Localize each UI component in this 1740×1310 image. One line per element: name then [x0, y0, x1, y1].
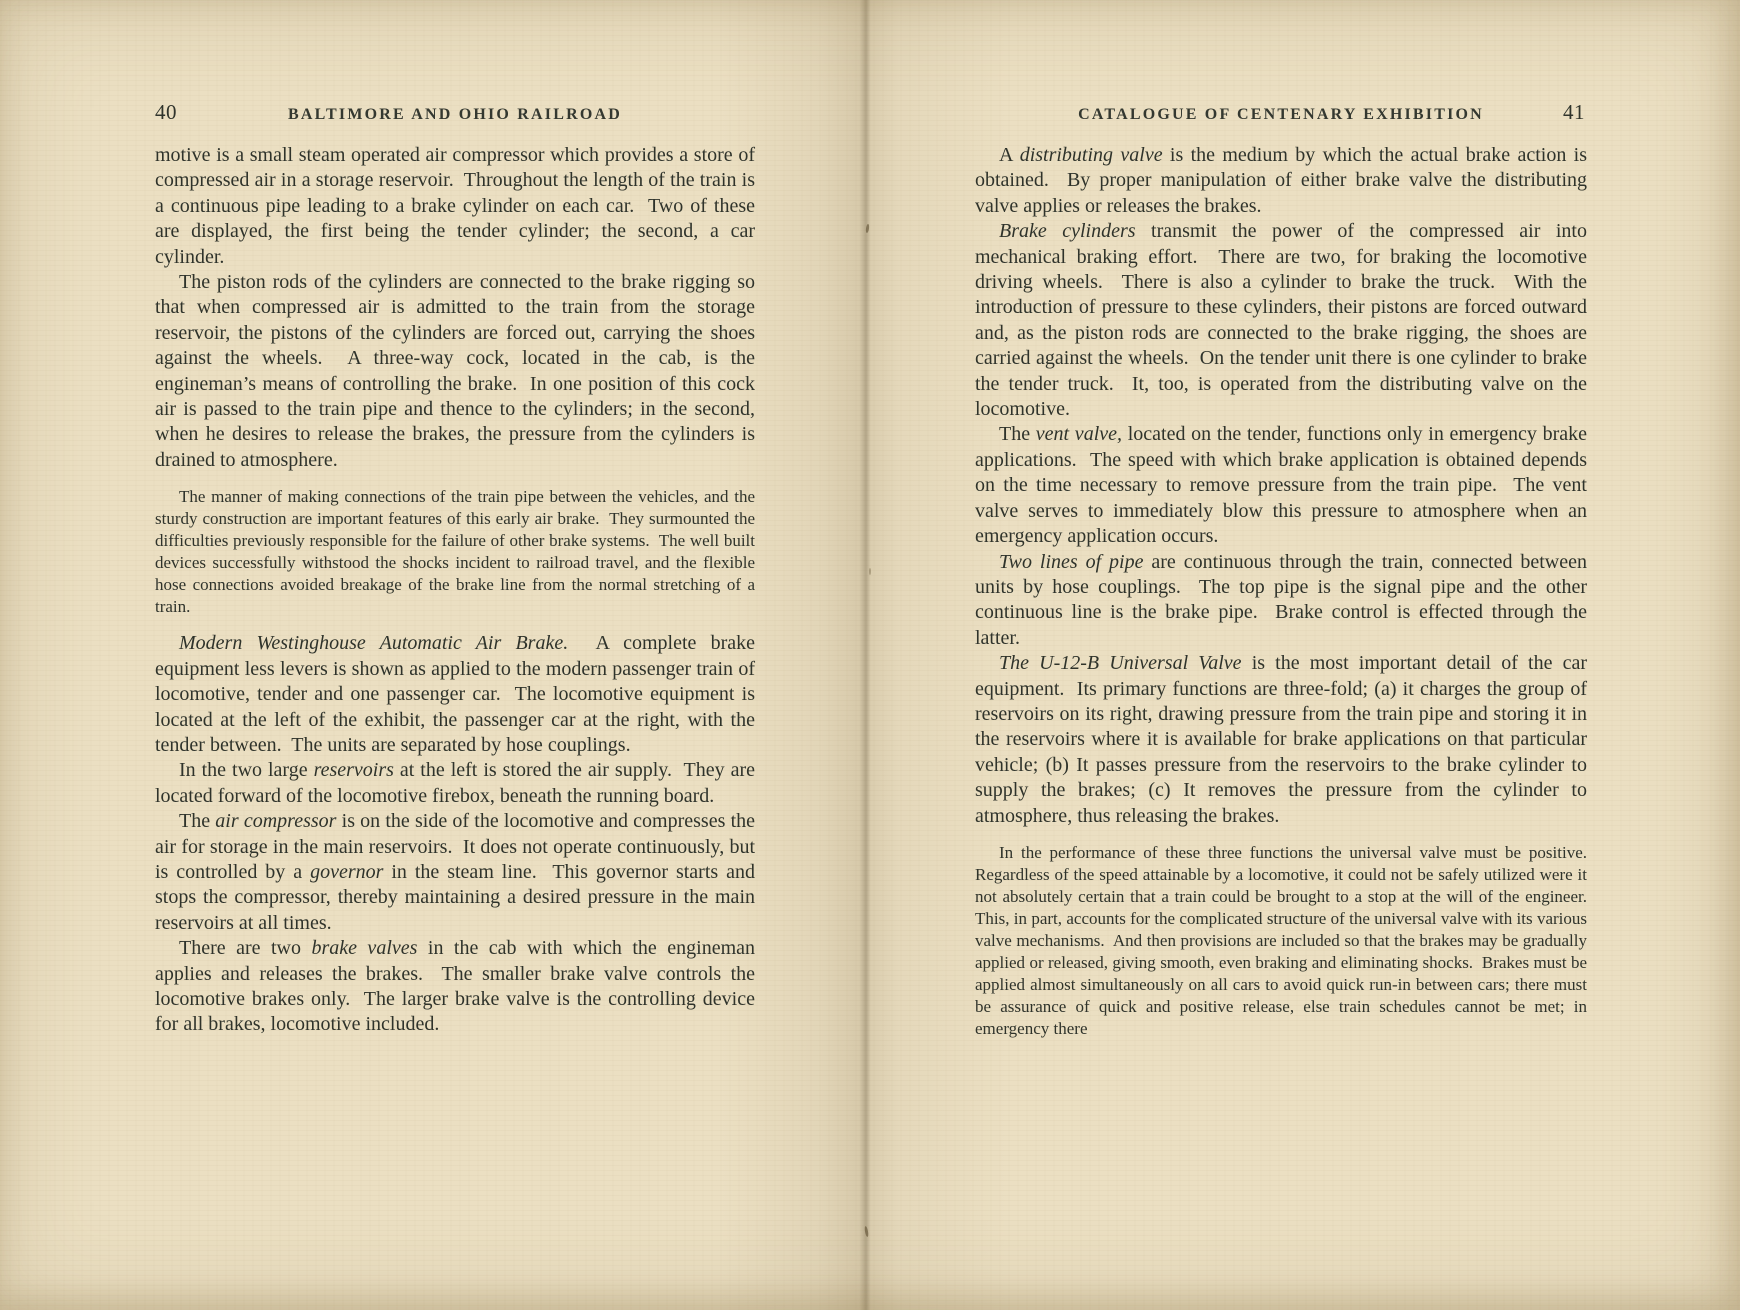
- paragraph: There are two brake valves in the cab wi…: [155, 936, 755, 1038]
- page-left-body: motive is a small steam operated air com…: [155, 143, 755, 1038]
- paragraph: Brake cylinders transmit the power of th…: [975, 219, 1587, 422]
- text-run: The manner of making connections of the …: [155, 487, 759, 616]
- page-left: 40 BALTIMORE AND OHIO RAILROAD motive is…: [155, 103, 755, 1038]
- book-scan: 40 BALTIMORE AND OHIO RAILROAD motive is…: [0, 0, 1740, 1310]
- italic-text-run: The U-12-B Universal Valve: [999, 652, 1242, 674]
- paragraph: motive is a small steam operated air com…: [155, 143, 755, 270]
- text-run: is the most important detail of the car …: [975, 652, 1592, 826]
- italic-text-run: distributing valve: [1020, 144, 1163, 166]
- italic-text-run: vent valve,: [1036, 423, 1122, 445]
- italic-text-run: reservoirs: [314, 759, 394, 781]
- paragraph: The vent valve, located on the tender, f…: [975, 422, 1587, 549]
- page-right-body: A distributing valve is the medium by wh…: [975, 143, 1587, 1040]
- text-run: There are two: [179, 937, 311, 959]
- text-run: In the two large: [179, 759, 314, 781]
- gutter-crease-mark: [864, 1226, 869, 1237]
- paragraph: In the two large reservoirs at the left …: [155, 758, 755, 809]
- page-right-header: CATALOGUE OF CENTENARY EXHIBITION 41: [975, 103, 1587, 127]
- running-header-right: CATALOGUE OF CENTENARY EXHIBITION: [975, 103, 1587, 127]
- italic-text-run: Brake cylinders: [999, 220, 1136, 242]
- page-right: CATALOGUE OF CENTENARY EXHIBITION 41 A d…: [975, 103, 1587, 1053]
- paragraph: Modern Westinghouse Automatic Air Brake.…: [155, 631, 755, 758]
- page-number-left: 40: [155, 100, 177, 124]
- gutter-shadow: [720, 0, 1010, 1310]
- text-run: The piston rods of the cylinders are con…: [155, 271, 760, 471]
- page-left-header: 40 BALTIMORE AND OHIO RAILROAD: [155, 103, 755, 127]
- paragraph: The piston rods of the cylinders are con…: [155, 270, 755, 473]
- paragraph: The manner of making connections of the …: [155, 486, 755, 618]
- text-run: transmit the power of the compressed air…: [975, 220, 1592, 420]
- text-run: In the performance of these three functi…: [975, 843, 1596, 1038]
- italic-text-run: governor: [310, 861, 383, 883]
- paragraph: A distributing valve is the medium by wh…: [975, 143, 1587, 219]
- paragraph: Two lines of pipe are continuous through…: [975, 550, 1587, 652]
- paragraph: The U-12-B Universal Valve is the most i…: [975, 651, 1587, 829]
- text-run: The: [999, 423, 1036, 445]
- running-header-left: BALTIMORE AND OHIO RAILROAD: [155, 103, 755, 127]
- italic-text-run: Two lines of pipe: [999, 551, 1143, 573]
- text-run: The: [179, 810, 215, 832]
- text-run: A: [999, 144, 1020, 166]
- italic-text-run: air compressor: [215, 810, 336, 832]
- italic-text-run: Modern Westinghouse Automatic Air Brake.: [179, 632, 568, 654]
- gutter-crease-mark: [869, 568, 871, 575]
- text-run: motive is a small steam operated air com…: [155, 144, 760, 268]
- paragraph: In the performance of these three functi…: [975, 842, 1587, 1040]
- page-number-right: 41: [1563, 100, 1585, 124]
- italic-text-run: brake valves: [311, 937, 417, 959]
- paragraph: The air compressor is on the side of the…: [155, 809, 755, 936]
- gutter-crease-mark: [865, 224, 869, 233]
